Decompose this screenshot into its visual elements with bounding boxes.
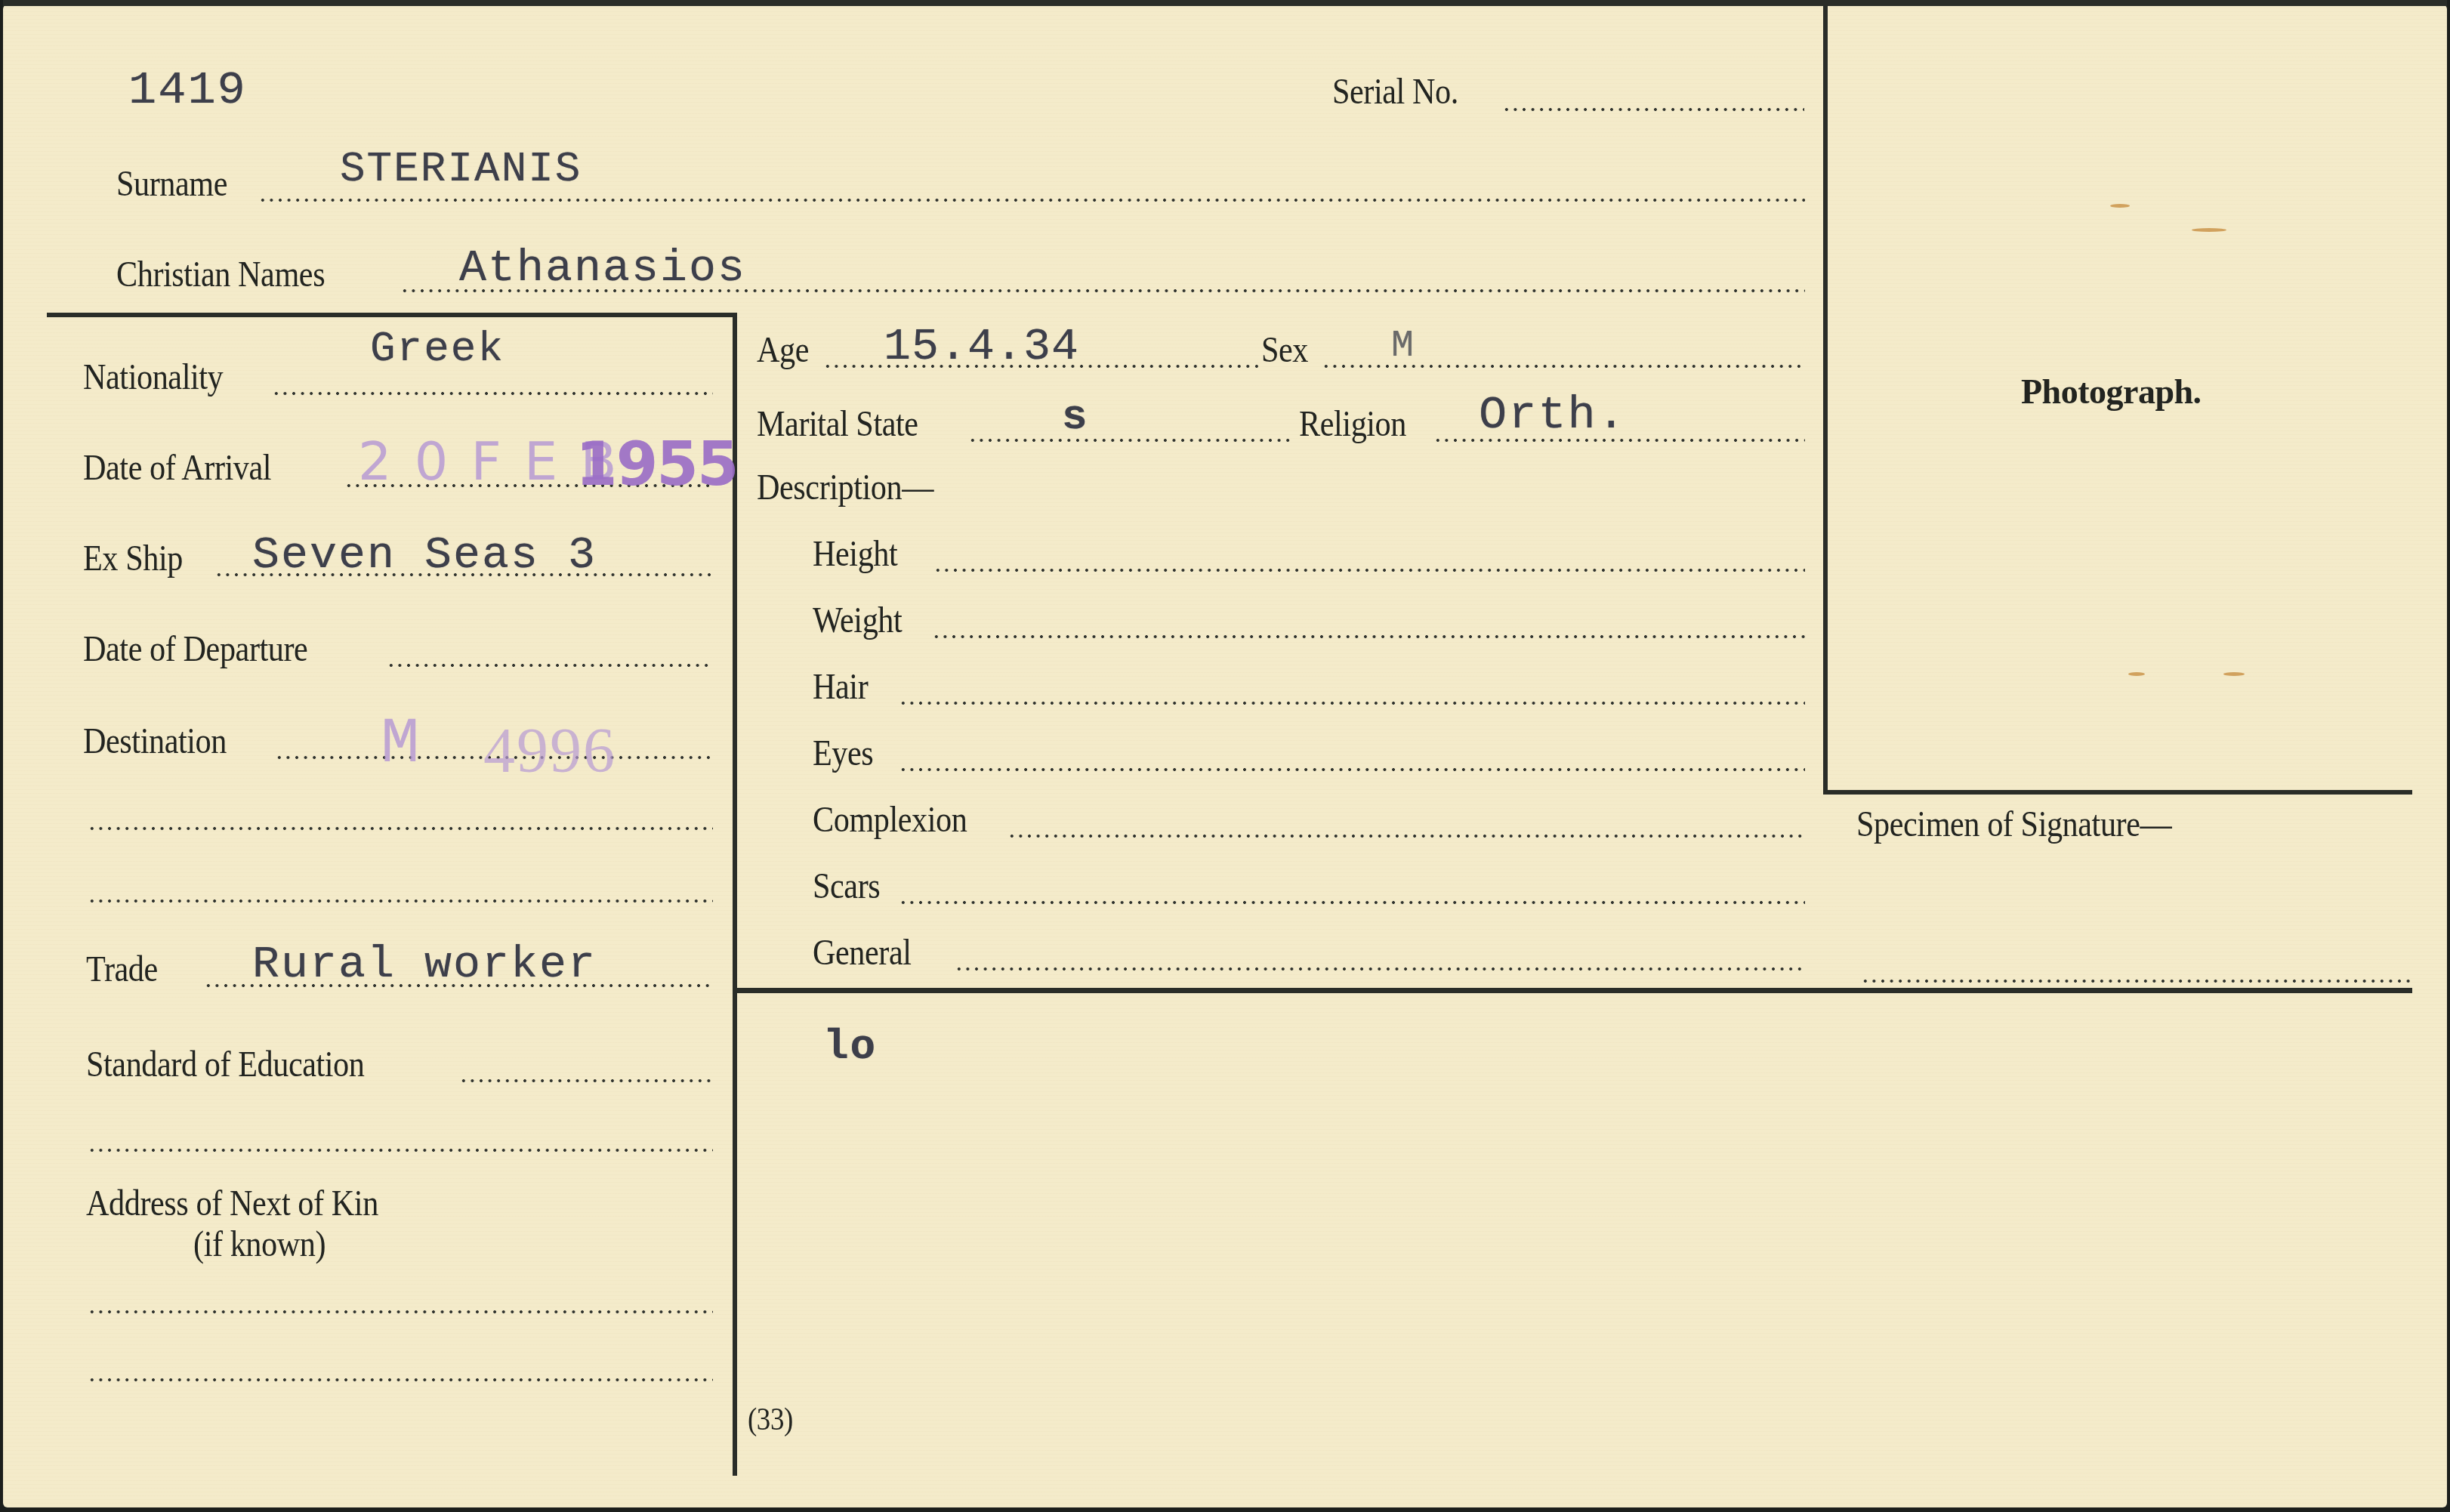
immigration-record-card: 1419 Serial No. Surname STERIANIS Christ… [3, 5, 2447, 1507]
description-label: Description— [757, 467, 933, 508]
date-of-departure-field[interactable] [387, 663, 713, 668]
trade-value: Rural worker [252, 940, 597, 991]
height-label: Height [813, 533, 897, 575]
staple-mark [2110, 204, 2130, 208]
hair-field[interactable] [899, 701, 1805, 705]
nationality-label: Nationality [83, 356, 223, 398]
weight-label: Weight [813, 600, 902, 641]
sex-value: M [1391, 325, 1415, 368]
sex-label: Sex [1261, 329, 1308, 371]
middle-section-bottom-rule [737, 988, 2412, 993]
religion-label: Religion [1299, 403, 1406, 445]
destination-stamp-prefix: M [381, 707, 424, 781]
staple-mark [2223, 672, 2245, 676]
scars-field[interactable] [899, 900, 1805, 905]
photo-box-bottom-rule [1823, 790, 2412, 795]
scars-label: Scars [813, 866, 880, 907]
photograph-area[interactable] [1828, 5, 2412, 790]
education-field-line-2[interactable] [88, 1148, 713, 1153]
next-of-kin-field-line-1[interactable] [88, 1310, 713, 1314]
serial-no-field[interactable] [1502, 107, 1804, 112]
staple-mark [2128, 672, 2145, 676]
destination-stamp-number: 4996 [483, 714, 616, 788]
general-label: General [813, 932, 912, 974]
signature-label: Specimen of Signature— [1856, 804, 2171, 845]
staple-mark [2192, 228, 2226, 232]
marital-state-value: s [1062, 393, 1089, 441]
height-field[interactable] [933, 568, 1805, 572]
standard-of-education-field[interactable] [459, 1078, 713, 1083]
surname-value: STERIANIS [340, 145, 582, 193]
date-of-arrival-label: Date of Arrival [83, 447, 271, 489]
weight-field[interactable] [932, 634, 1805, 639]
destination-field-line-2[interactable] [88, 826, 713, 831]
christian-names-value: Athanasios [459, 243, 746, 295]
signature-field[interactable] [1861, 979, 2412, 983]
general-field[interactable] [955, 967, 1805, 971]
next-of-kin-sublabel: (if known) [193, 1223, 326, 1265]
eyes-label: Eyes [813, 733, 873, 774]
religion-value: Orth. [1479, 388, 1627, 442]
destination-label: Destination [83, 721, 227, 762]
eyes-field[interactable] [899, 767, 1805, 772]
surname-field[interactable] [258, 198, 1805, 202]
serial-no-label: Serial No. [1332, 71, 1458, 113]
standard-of-education-label: Standard of Education [86, 1044, 364, 1085]
notes-value: lo [823, 1023, 877, 1071]
next-of-kin-field-line-2[interactable] [88, 1378, 713, 1382]
christian-names-label: Christian Names [116, 254, 325, 295]
age-label: Age [757, 329, 809, 371]
form-number: (33) [748, 1402, 793, 1438]
hair-label: Hair [813, 666, 868, 708]
left-section-top-rule [47, 313, 737, 317]
date-of-departure-label: Date of Departure [83, 628, 307, 670]
nationality-value: Greek [370, 325, 505, 373]
date-of-arrival-stamp-year: 1955 [575, 429, 738, 499]
surname-label: Surname [116, 163, 227, 205]
complexion-field[interactable] [1007, 834, 1805, 838]
card-number: 1419 [128, 63, 247, 117]
trade-label: Trade [86, 949, 158, 990]
complexion-label: Complexion [813, 799, 967, 841]
nationality-field[interactable] [272, 391, 713, 396]
destination-field-line-3[interactable] [88, 899, 713, 903]
next-of-kin-label: Address of Next of Kin [86, 1183, 378, 1224]
ex-ship-value: Seven Seas 3 [252, 530, 597, 582]
marital-state-label: Marital State [757, 403, 918, 445]
ex-ship-label: Ex Ship [83, 538, 183, 579]
marital-state-field[interactable] [968, 438, 1293, 443]
age-value: 15.4.34 [884, 322, 1079, 373]
